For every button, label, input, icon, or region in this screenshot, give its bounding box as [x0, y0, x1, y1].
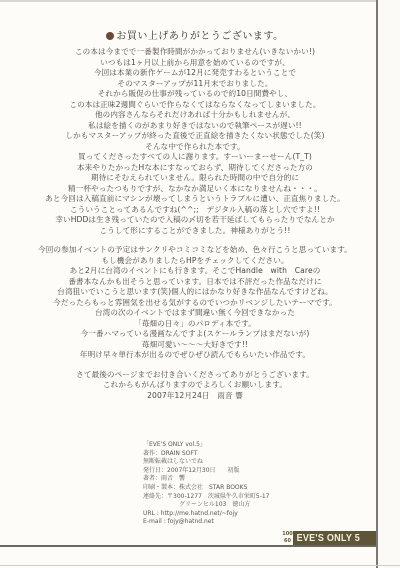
text-line: 今だったらもっと雰囲気を出せる気がするのでいつかリベンジしたいテーマです。	[20, 298, 370, 309]
spacer	[20, 361, 370, 370]
spacer	[20, 236, 370, 245]
signature-date: 2007年12月24日 雨音 響	[20, 391, 370, 402]
colophon-address: 連絡先：〒300-1277 茨城県牛久市栄町5-17	[143, 493, 343, 502]
text-line: 苺畑可愛い〜〜〜大好きです!!	[20, 340, 370, 351]
heading-text: お買い上げありがとうございます。	[116, 31, 283, 42]
text-line: いつもは1ヶ月以上前から用意を始めているのですが、	[20, 58, 370, 69]
text-line: 「苺畑の日々」のパロディ本です。	[20, 319, 370, 330]
text-line: そのマスターアップが11月末でおりました。	[20, 79, 370, 90]
colophon: 「EVE'S ONLY vol.5」 著作：DRAIN SOFT 無断転載はしな…	[143, 441, 343, 527]
text-line: 今一番ハマっている漫画なんですよ(スケールランプはまだないが)	[20, 329, 370, 340]
text-line: あと2月に台湾のイベントにも行きます。そこでHandle with Careの	[20, 266, 370, 277]
footer-title-band: EVE'S ONLY 5	[293, 531, 376, 545]
text-line: 期待にそむえられていません。限られた時間の中で自分的に	[20, 173, 370, 184]
colophon-notice: 無断転載はしないでね	[143, 458, 343, 467]
text-line: この本は今までで一番製作時間がかかっておりません(いきないかい!)	[20, 47, 370, 58]
paragraph-2: 今回の参加イベントの予定はサンクリやコミコミなどを始め、色々行こうと思っています…	[20, 245, 370, 361]
text-line: そんな中で作られた本です。	[20, 142, 370, 153]
text-line: もし機会がありましたらHPをチェックしてください。	[20, 256, 370, 267]
text-line: この本は正味2週間ぐらいで作らなくてはならなくなってしまいました。	[20, 100, 370, 111]
bullet-icon	[106, 32, 114, 40]
colophon-address-2: グリーンヒル103 徳山方	[143, 501, 343, 510]
text-line: それから販促の仕事が残っているので約10日間費やし、	[20, 89, 370, 100]
text-line: 幸いHDDは生き残っていたので入稿の〆切を若干延ばしてもらったりでなんとか	[20, 215, 370, 226]
text-line: 台湾の次のイベントではまず間違い無く今回できなかった	[20, 308, 370, 319]
afterword-heading: お買い上げありがとうございます。	[20, 30, 370, 44]
text-line: 他の内容さんならそれだけあれば十分かもしれませんが、	[20, 110, 370, 121]
colophon-url[interactable]: URL : http://me.hatnd.net/~fojy	[143, 510, 343, 519]
text-line: 本来やりたかったHな本にすなっておらず、期待してくださった方の	[20, 163, 370, 174]
colophon-author: 著者：雨音 響	[143, 475, 343, 484]
text-line: 精一杯やったつもりですが、なかなか満足いく本になりませんね・・・。	[20, 184, 370, 195]
text-line: 今回は本業の新作ゲームが12月に発売すわるということで	[20, 68, 370, 79]
right-vertical-rule	[376, 0, 378, 568]
text-line: 私は絵を描くのがあまり好きではないので執筆ペースが遅い!!	[20, 121, 370, 132]
afterword: お買い上げありがとうございます。 この本は今までで一番製作時間がかかっておりませ…	[20, 30, 370, 401]
paragraph-3: さて最後のページまでお付き合いくださってありがとうございます。 これからもがんば…	[20, 370, 370, 402]
text-line: 買ってくださったすべての人に謝ります。すーいーまーせーん(T_T)	[20, 152, 370, 163]
text-line: 年明け早々単行本が出るのでぜひぜひ読んでもらいたい作品です。	[20, 350, 370, 361]
colophon-printer: 印刷・製本：株式会社 STAR BOOKS	[143, 484, 343, 493]
book-title: EVE'S ONLY 5	[293, 533, 360, 544]
text-line: しかもマスターアップが終った直後で正直絵を描きたくない状態でした(笑)	[20, 131, 370, 142]
page-number: 100 60	[282, 531, 293, 545]
colophon-email[interactable]: E-mail : fojy@hatnd.net	[143, 518, 343, 527]
colophon-title: 「EVE'S ONLY vol.5」	[143, 441, 343, 450]
colophon-copyright: 著作：DRAIN SOFT	[143, 450, 343, 459]
text-line: これからもがんばりますのでよろしくお願いします。	[20, 380, 370, 391]
text-line: 番書本なんかも出そうと思っています。日本では不評だった作品なだけに	[20, 277, 370, 288]
page-top-edge	[0, 0, 400, 2]
paragraph-1: この本は今までで一番製作時間がかかっておりません(いきないかい!) いつもは1ヶ…	[20, 47, 370, 236]
text-line: 台湾狙いでいこうと思います(笑)個人的にはかなり好きな作品なんですけどね。	[20, 287, 370, 298]
text-line: さて最後のページまでお付き合いくださってありがとうございます。	[20, 370, 370, 381]
text-line: こうして形にすることができました。神様ありがとう!!	[20, 226, 370, 237]
text-line: 今回の参加イベントの予定はサンクリやコミコミなどを始め、色々行こうと思っています…	[20, 245, 370, 256]
text-line: あと今回は入稿直前にマシンが壊ってしまうというトラブルに遭い、正直焦りました。	[20, 194, 370, 205]
text-line: こういうことってあるんですね(^^;; デジタル入稿の落とし穴ですよ!!	[20, 205, 370, 216]
right-margin	[378, 0, 400, 568]
bottom-horizontal-rule	[0, 545, 376, 547]
page-bottom-edge	[0, 565, 400, 566]
